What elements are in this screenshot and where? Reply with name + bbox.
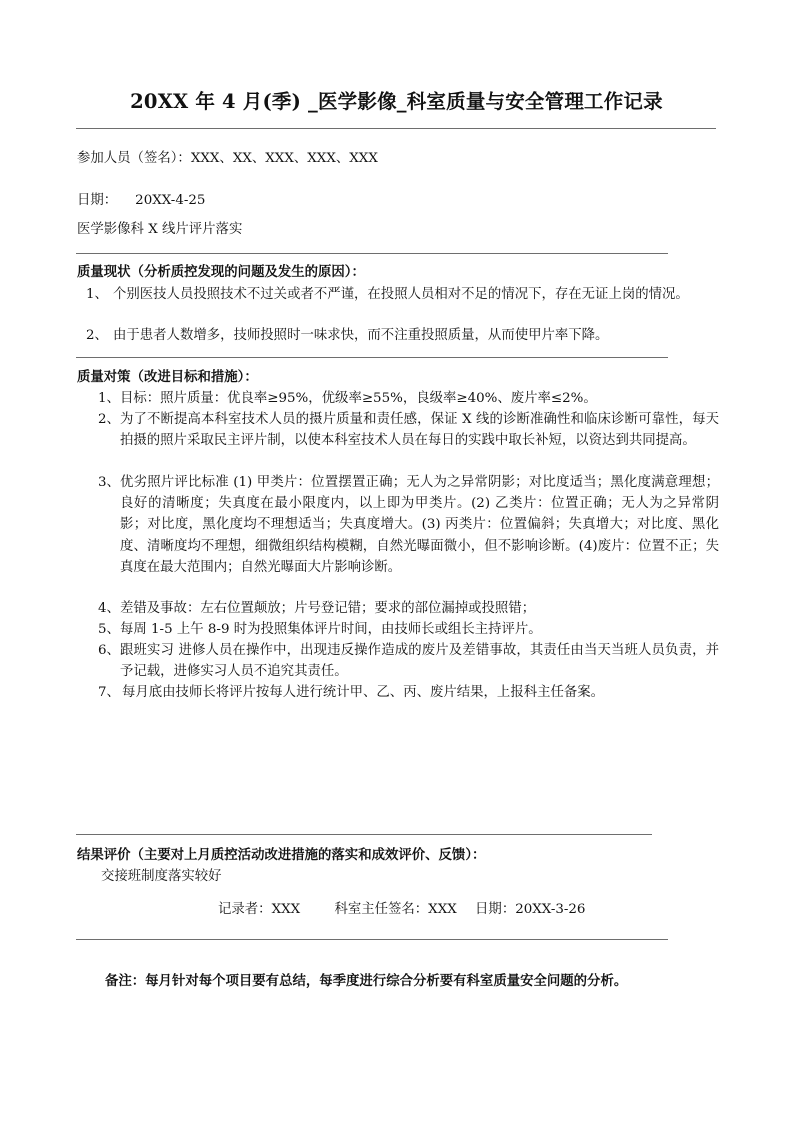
measure-item-text: 优劣照片评比标准 (1) 甲类片：位置摆置正确；无人为之异常阴影；对比度适当；黑… — [98, 472, 719, 578]
measures-heading: 质量对策（改进目标和措施）： — [77, 367, 258, 388]
measure-item-text: 为了不断提高本科室技术人员的摄片质量和责任感，保证 X 线的诊断准确性和临床诊断… — [98, 409, 719, 451]
director-label: 科室主任签名： — [334, 902, 428, 917]
status-item-1: 1、 个别医技人员投照技术不过关或者不严谨，在投照人员相对不足的情况下，存在无证… — [86, 284, 719, 305]
measure-item-number: 5、 — [98, 619, 120, 640]
section-divider-3 — [76, 834, 652, 835]
section-divider-1 — [76, 253, 668, 254]
measure-item-text: 每月底由技师长将评片按每人进行统计甲、乙、丙、废片结果，上报科主任备案。 — [98, 682, 719, 703]
status-item-number: 2、 — [86, 325, 108, 346]
status-item-number: 1、 — [86, 284, 108, 305]
page-title: 20XX 年 4 月(季) _医学影像_科室质量与安全管理工作记录 — [0, 86, 793, 114]
measure-item-6: 6、 跟班实习 进修人员在操作中，出现违反操作造成的废片及差错事故，其责任由当天… — [98, 640, 719, 682]
measure-item-3: 3、 优劣照片评比标准 (1) 甲类片：位置摆置正确；无人为之异常阴影；对比度适… — [98, 472, 719, 578]
signature-row: 记录者：XXX 科室主任签名：XXX 日期：20XX-3-26 — [218, 899, 585, 920]
measure-item-7: 7、 每月底由技师长将评片按每人进行统计甲、乙、丙、废片结果，上报科主任备案。 — [98, 682, 719, 703]
section-divider-2 — [76, 357, 668, 358]
status-item-text: 由于患者人数增多，技师投照时一味求快，而不注重投照质量，从而使甲片率下降。 — [86, 325, 719, 346]
measure-item-4: 4、 差错及事故：左右位置颠放；片号登记错；要求的部位漏掉或投照错； — [98, 598, 719, 619]
date-row: 日期：20XX-4-25 — [77, 190, 205, 211]
topic: 医学影像科 X 线片评片落实 — [77, 219, 242, 240]
measure-item-1: 1、 目标：照片质量：优良率≥95%，优级率≥55%，良级率≥40%、废片率≤2… — [98, 388, 719, 409]
date-label: 日期： — [77, 193, 117, 208]
date-value: 20XX-4-25 — [135, 193, 205, 208]
measure-item-number: 4、 — [98, 598, 120, 619]
measure-item-text: 差错及事故：左右位置颠放；片号登记错；要求的部位漏掉或投照错； — [98, 598, 719, 619]
status-item-text: 个别医技人员投照技术不过关或者不严谨，在投照人员相对不足的情况下，存在无证上岗的… — [86, 284, 719, 305]
title-divider — [76, 128, 716, 129]
participants-value: XXX、XX、XXX、XXX、XXX — [191, 151, 378, 166]
sign-date-label: 日期： — [475, 902, 515, 917]
measure-item-5: 5、 每周 1-5 上午 8-9 时为投照集体评片时间，由技师长或组长主持评片。 — [98, 619, 719, 640]
status-item-2: 2、 由于患者人数增多，技师投照时一味求快，而不注重投照质量，从而使甲片率下降。 — [86, 325, 719, 346]
evaluation-content: 交接班制度落实较好 — [101, 866, 222, 887]
recorder-value: XXX — [272, 902, 301, 917]
participants-label: 参加人员（签名）： — [77, 151, 191, 166]
director-value: XXX — [428, 902, 457, 917]
measure-item-number: 7、 — [98, 682, 120, 703]
footer-note: 备注：每月针对每个项目要有总结，每季度进行综合分析要有科室质量安全问题的分析。 — [105, 971, 627, 992]
measure-item-text: 目标：照片质量：优良率≥95%，优级率≥55%，良级率≥40%、废片率≤2%。 — [98, 388, 719, 409]
measure-item-number: 1、 — [98, 388, 120, 409]
measure-item-text: 跟班实习 进修人员在操作中，出现违反操作造成的废片及差错事故，其责任由当天当班人… — [98, 640, 719, 682]
measure-item-text: 每周 1-5 上午 8-9 时为投照集体评片时间，由技师长或组长主持评片。 — [98, 619, 719, 640]
measure-item-number: 3、 — [98, 472, 120, 493]
measure-item-number: 6、 — [98, 640, 120, 661]
measure-item-2: 2、 为了不断提高本科室技术人员的摄片质量和责任感，保证 X 线的诊断准确性和临… — [98, 409, 719, 451]
section-divider-4 — [76, 939, 668, 940]
evaluation-heading: 结果评价（主要对上月质控活动改进措施的落实和成效评价、反馈）： — [77, 845, 485, 866]
participants-row: 参加人员（签名）：XXX、XX、XXX、XXX、XXX — [77, 148, 378, 169]
recorder-label: 记录者： — [218, 902, 272, 917]
sign-date-value: 20XX-3-26 — [515, 902, 585, 917]
status-heading: 质量现状（分析质控发现的问题及发生的原因）： — [77, 262, 365, 283]
measure-item-number: 2、 — [98, 409, 120, 430]
